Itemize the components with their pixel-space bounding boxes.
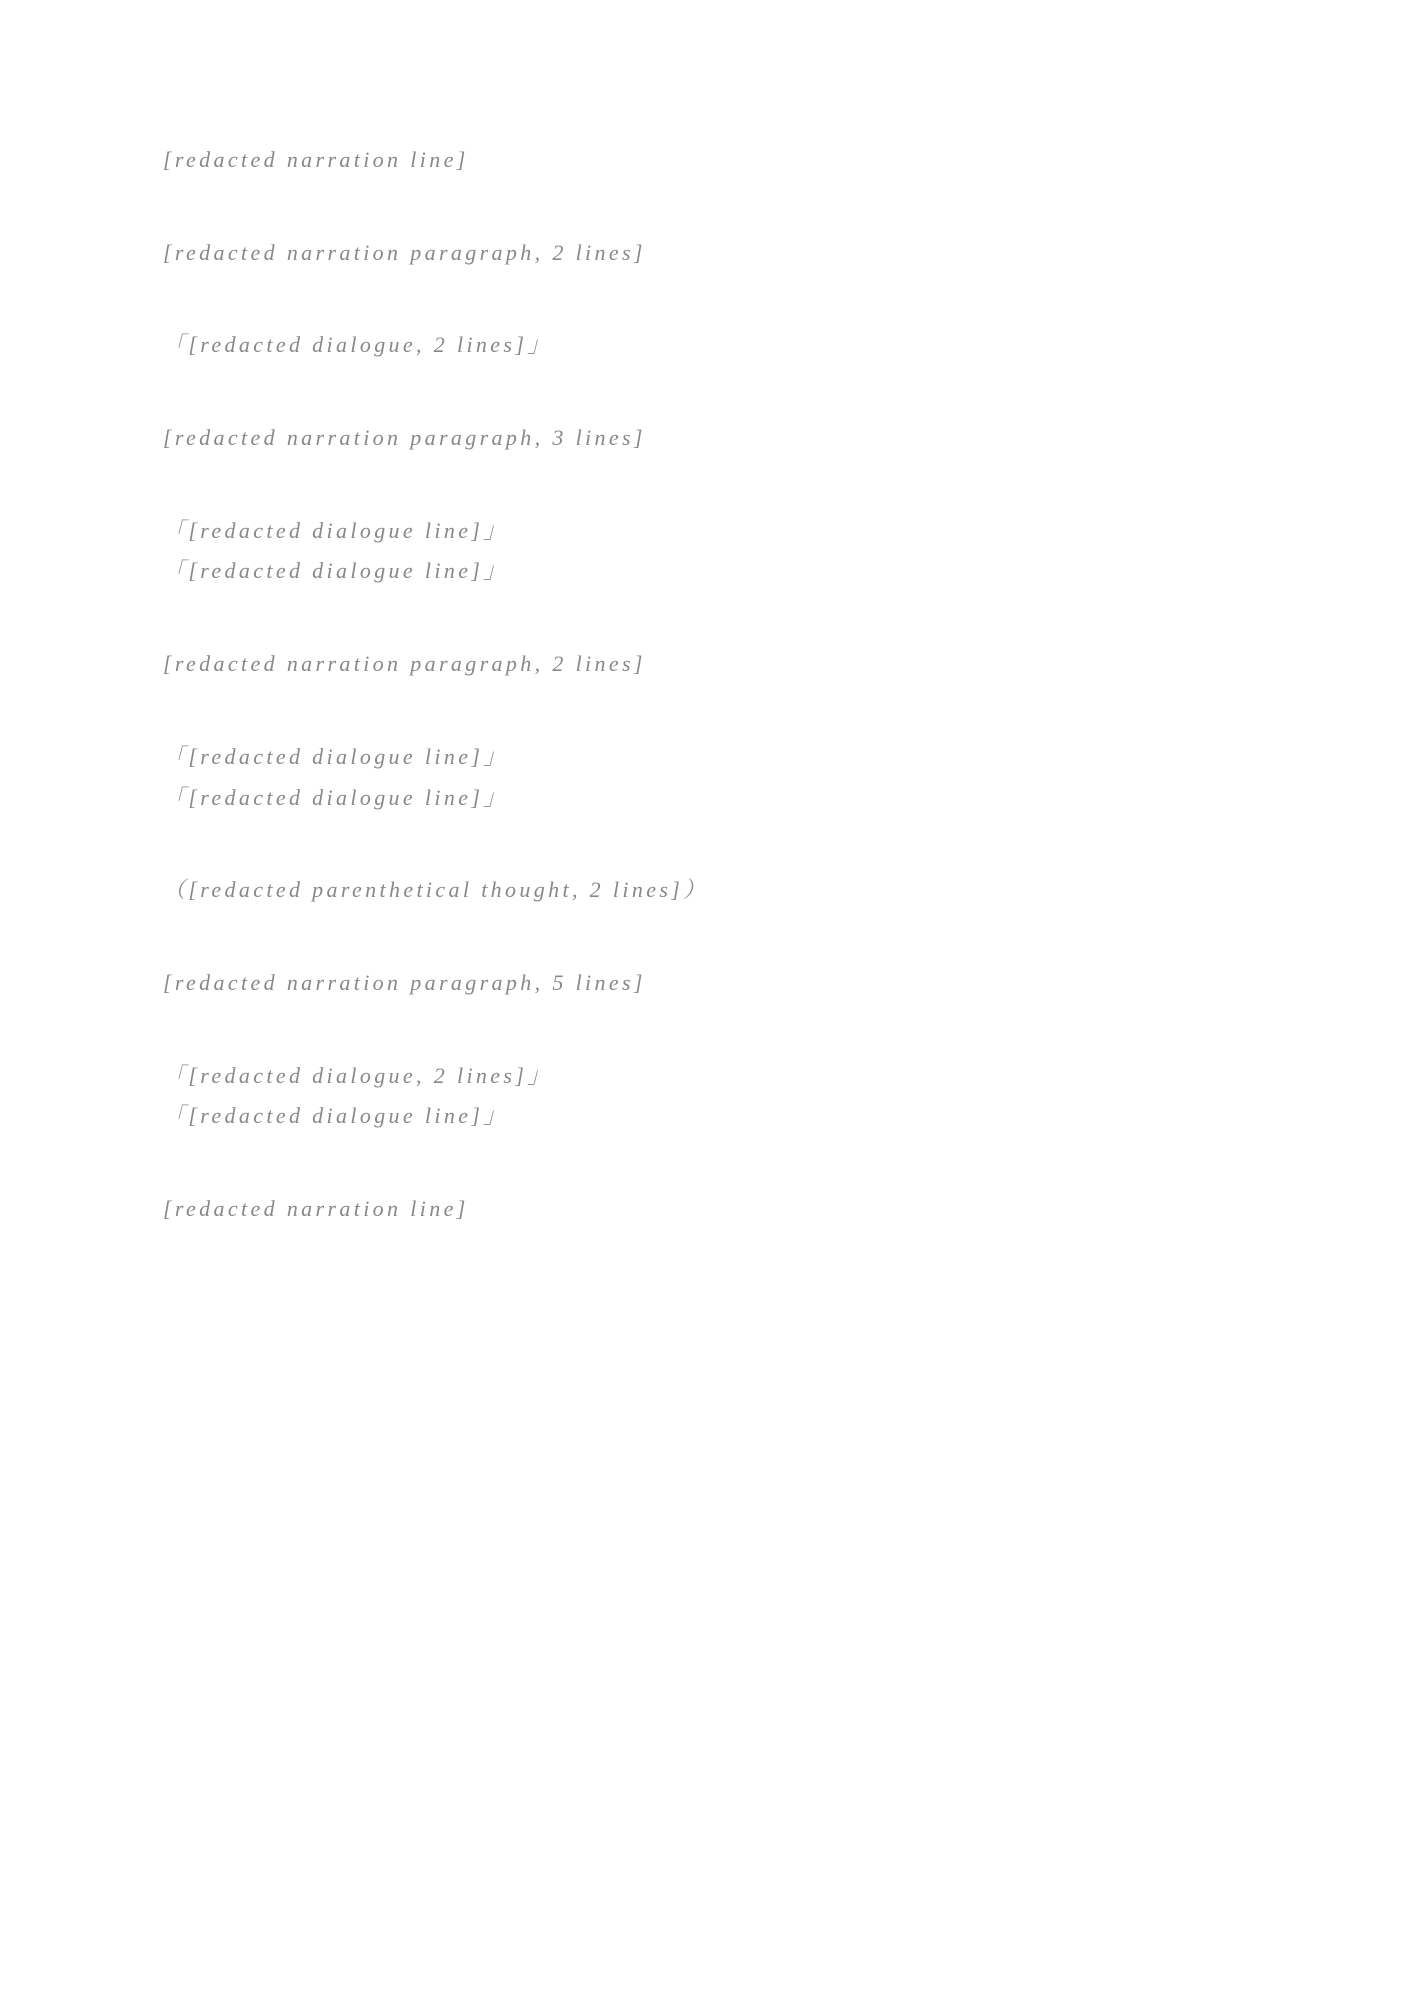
manuscript-page: [redacted narration line][redacted narra… (0, 0, 1415, 2000)
paragraph-narration: [redacted narration paragraph, 2 lines] (163, 644, 943, 685)
paragraph-narration: [redacted narration line] (163, 1189, 943, 1230)
paragraph-dialogue: 「[redacted dialogue, 2 lines]」 「[redacte… (163, 1056, 943, 1137)
paragraph-narration: [redacted narration paragraph, 3 lines] (163, 418, 943, 459)
paragraph-narration: [redacted narration paragraph, 5 lines] (163, 963, 943, 1004)
paragraph-narration: [redacted narration line] (163, 140, 943, 181)
paragraph-dialogue: 「[redacted dialogue line]」 「[redacted di… (163, 511, 943, 592)
prose-text-block: [redacted narration line][redacted narra… (163, 140, 943, 1282)
paragraph-narration: [redacted narration paragraph, 2 lines] (163, 233, 943, 274)
paragraph-dialogue: 「[redacted dialogue, 2 lines]」 (163, 325, 943, 366)
paragraph-dialogue: 「[redacted dialogue line]」 「[redacted di… (163, 737, 943, 818)
paragraph-narration: （[redacted parenthetical thought, 2 line… (163, 870, 943, 911)
